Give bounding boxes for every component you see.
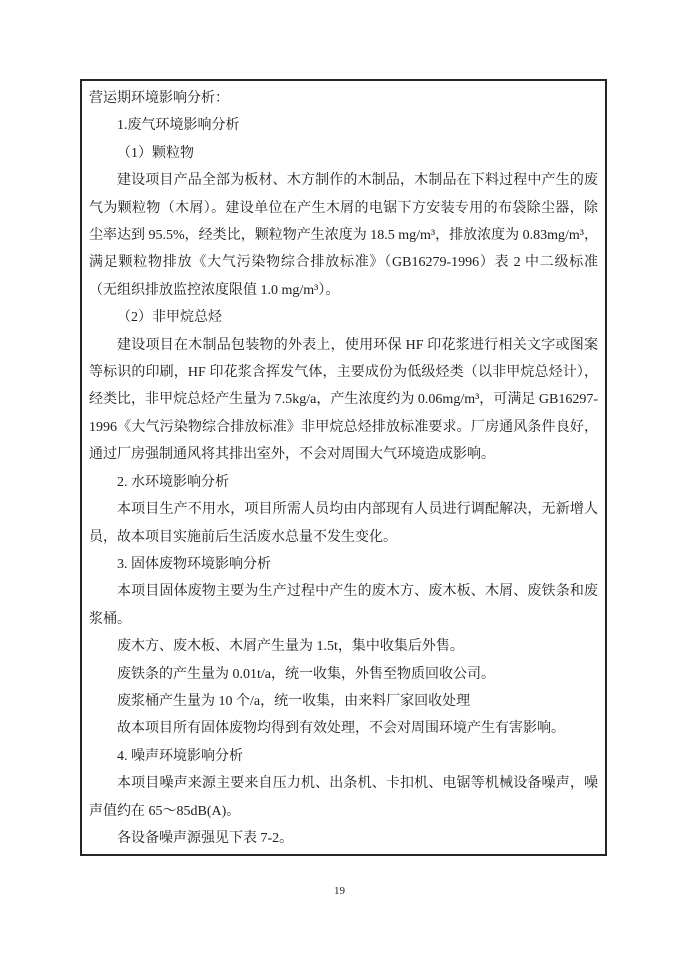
- paragraph: 建设项目产品全部为板材、木方制作的木制品，木制品在下料过程中产生的废气为颗粒物（…: [89, 167, 598, 304]
- paragraph: 故本项目所有固体废物均得到有效处理，不会对周围环境产生有害影响。: [89, 715, 598, 742]
- paragraph: 本项目固体废物主要为生产过程中产生的废木方、废木板、木屑、废铁条和废浆桶。: [89, 578, 598, 633]
- page-number: 19: [0, 885, 679, 897]
- paragraph: 本项目生产不用水，项目所需人员均由内部现有人员进行调配解决，无新增人员，故本项目…: [89, 496, 598, 551]
- paragraph: （2）非甲烷总烃: [89, 304, 598, 331]
- paragraph: 2. 水环境影响分析: [89, 469, 598, 496]
- paragraph: 本项目噪声来源主要来自压力机、出条机、卡扣机、电锯等机械设备噪声，噪声值约在 6…: [89, 770, 598, 825]
- paragraph: 3. 固体废物环境影响分析: [89, 551, 598, 578]
- paragraph: 建设项目在木制品包装物的外表上，使用环保 HF 印花浆进行相关文字或图案等标识的…: [89, 332, 598, 469]
- paragraph: 废浆桶产生量为 10 个/a，统一收集，由来料厂家回收处理: [89, 688, 598, 715]
- content-border-box: 营运期环境影响分析：1.废气环境影响分析（1）颗粒物建设项目产品全部为板材、木方…: [80, 79, 607, 856]
- paragraph: （1）颗粒物: [89, 140, 598, 167]
- paragraph: 营运期环境影响分析：: [89, 85, 598, 112]
- paragraph: 各设备噪声源强见下表 7-2。: [89, 825, 598, 852]
- document-page: 营运期环境影响分析：1.废气环境影响分析（1）颗粒物建设项目产品全部为板材、木方…: [0, 0, 679, 960]
- paragraph: 1.废气环境影响分析: [89, 112, 598, 139]
- document-body: 营运期环境影响分析：1.废气环境影响分析（1）颗粒物建设项目产品全部为板材、木方…: [89, 85, 598, 852]
- paragraph: 废铁条的产生量为 0.01t/a，统一收集，外售至物质回收公司。: [89, 661, 598, 688]
- paragraph: 4. 噪声环境影响分析: [89, 743, 598, 770]
- paragraph: 废木方、废木板、木屑产生量为 1.5t，集中收集后外售。: [89, 633, 598, 660]
